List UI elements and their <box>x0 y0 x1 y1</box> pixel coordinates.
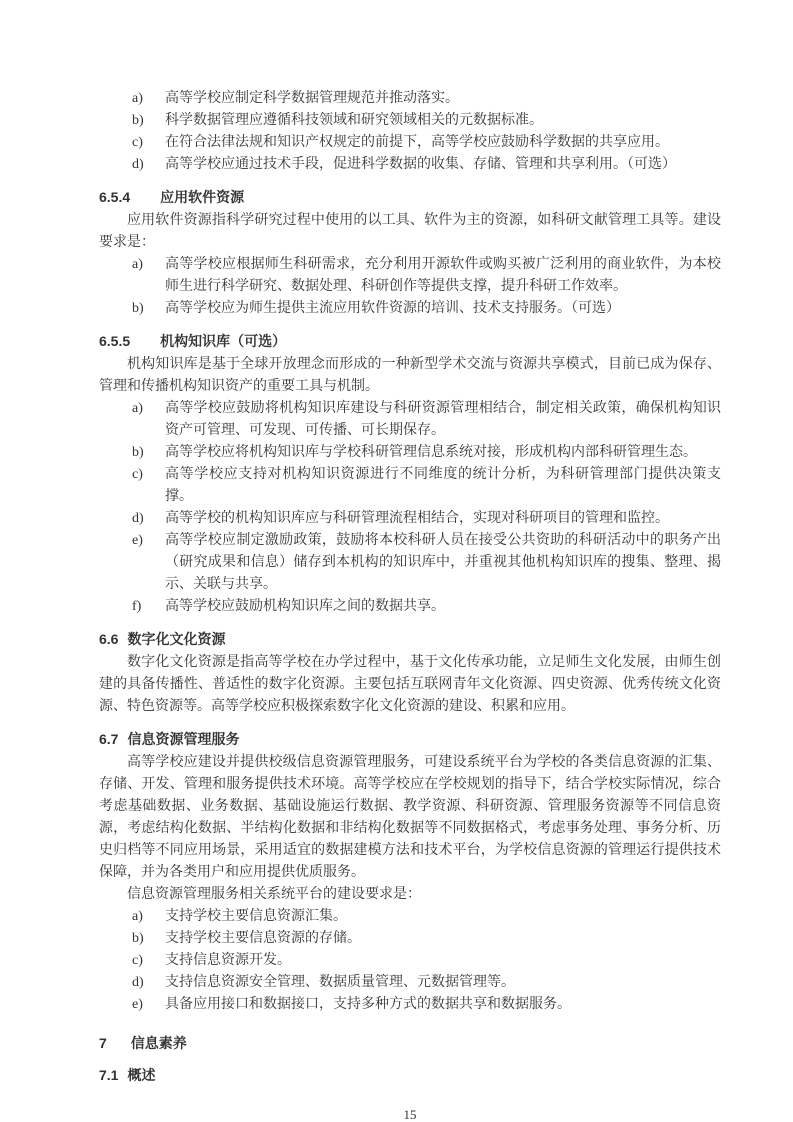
list-item-text: 高等学校应将机构知识库与学校科研管理信息系统对接，形成机构内部科研管理生态。 <box>165 442 721 464</box>
list-item-text: 高等学校应支持对机构知识资源进行不同维度的统计分析，为科研管理部门提供决策支撑。 <box>165 464 721 508</box>
paragraph: 数字化文化资源是指高等学校在办学过程中，基于文化传承功能，立足师生文化发展，由师… <box>99 652 721 718</box>
list-item-text: 高等学校应通过技术手段，促进科学数据的收集、存储、管理和共享利用。（可选） <box>165 154 721 176</box>
list-item-text: 支持信息资源安全管理、数据质量管理、元数据管理等。 <box>165 972 721 994</box>
list-item-label: d) <box>132 154 165 176</box>
list-item: a)高等学校应鼓励将机构知识库建设与科研资源管理相结合，制定相关政策，确保机构知… <box>132 398 721 442</box>
document-content: a)高等学校应制定科学数据管理规范并推动落实。b)科学数据管理应遵循科技领域和研… <box>99 88 721 1086</box>
section-title: 信息资源管理服务 <box>127 731 239 747</box>
list-item-text: 支持信息资源开发。 <box>165 950 721 972</box>
ordered-list: a)高等学校应根据师生科研需求，充分利用开源软件或购买被广泛利用的商业软件，为本… <box>99 254 721 320</box>
ordered-list: a)高等学校应制定科学数据管理规范并推动落实。b)科学数据管理应遵循科技领域和研… <box>99 88 721 176</box>
section-heading-6-7: 6.7信息资源管理服务 <box>99 728 721 750</box>
list-item: e)具备应用接口和数据接口，支持多种方式的数据共享和数据服务。 <box>132 994 721 1016</box>
list-item-text: 高等学校应根据师生科研需求，充分利用开源软件或购买被广泛利用的商业软件，为本校师… <box>165 254 721 298</box>
section-number: 6.7 <box>99 731 118 747</box>
section-title: 信息素养 <box>131 1035 187 1051</box>
section-number: 6.5.4 <box>99 189 130 205</box>
section-title: 数字化文化资源 <box>127 631 225 647</box>
ordered-list: a)高等学校应鼓励将机构知识库建设与科研资源管理相结合，制定相关政策，确保机构知… <box>99 398 721 618</box>
list-item-text: 科学数据管理应遵循科技领域和研究领域相关的元数据标准。 <box>165 110 721 132</box>
section-heading-6-5-4: 6.5.4应用软件资源 <box>99 186 721 208</box>
list-item-label: b) <box>132 110 165 132</box>
list-item: e)高等学校应制定激励政策，鼓励将本校科研人员在接受公共资助的科研活动中的职务产… <box>132 530 721 596</box>
list-item-text: 在符合法律法规和知识产权规定的前提下，高等学校应鼓励科学数据的共享应用。 <box>165 132 721 154</box>
ordered-list: a)支持学校主要信息资源汇集。b)支持学校主要信息资源的存储。c)支持信息资源开… <box>99 906 721 1016</box>
list-item-label: b) <box>132 298 165 320</box>
list-item-label: c) <box>132 950 165 972</box>
list-item-text: 支持学校主要信息资源的存储。 <box>165 928 721 950</box>
list-item: d)高等学校的机构知识库应与科研管理流程相结合，实现对科研项目的管理和监控。 <box>132 508 721 530</box>
section-heading-6-5-5: 6.5.5机构知识库（可选） <box>99 330 721 352</box>
list-item-label: c) <box>132 464 165 508</box>
list-item-label: a) <box>132 254 165 298</box>
list-item-text: 高等学校的机构知识库应与科研管理流程相结合，实现对科研项目的管理和监控。 <box>165 508 721 530</box>
list-item-text: 高等学校应鼓励机构知识库之间的数据共享。 <box>165 596 721 618</box>
paragraph: 机构知识库是基于全球开放理念而形成的一种新型学术交流与资源共享模式，目前已成为保… <box>99 354 721 398</box>
list-item-label: c) <box>132 132 165 154</box>
section-number: 7.1 <box>99 1067 118 1083</box>
list-item: d)高等学校应通过技术手段，促进科学数据的收集、存储、管理和共享利用。（可选） <box>132 154 721 176</box>
list-item-text: 高等学校应鼓励将机构知识库建设与科研资源管理相结合，制定相关政策，确保机构知识资… <box>165 398 721 442</box>
list-item-text: 高等学校应制定激励政策，鼓励将本校科研人员在接受公共资助的科研活动中的职务产出（… <box>165 530 721 596</box>
list-item-label: b) <box>132 928 165 950</box>
list-item-label: a) <box>132 906 165 928</box>
document-page: a)高等学校应制定科学数据管理规范并推动落实。b)科学数据管理应遵循科技领域和研… <box>0 0 793 1122</box>
page-footer: 15 <box>99 1104 721 1122</box>
list-item: d)支持信息资源安全管理、数据质量管理、元数据管理等。 <box>132 972 721 994</box>
paragraph: 高等学校应建设并提供校级信息资源管理服务，可建设系统平台为学校的各类信息资源的汇… <box>99 752 721 884</box>
list-item: b)科学数据管理应遵循科技领域和研究领域相关的元数据标准。 <box>132 110 721 132</box>
list-item-label: b) <box>132 442 165 464</box>
section-title: 机构知识库（可选） <box>160 333 286 349</box>
page-number: 15 <box>404 1107 417 1122</box>
list-item-label: e) <box>132 530 165 596</box>
list-item: a)支持学校主要信息资源汇集。 <box>132 906 721 928</box>
list-item-label: f) <box>132 596 165 618</box>
list-item-text: 高等学校应制定科学数据管理规范并推动落实。 <box>165 88 721 110</box>
section-heading-7-1: 7.1概述 <box>99 1064 721 1086</box>
section-heading-7: 7信息素养 <box>99 1032 721 1054</box>
list-item-text: 支持学校主要信息资源汇集。 <box>165 906 721 928</box>
list-item-label: d) <box>132 508 165 530</box>
list-item-label: d) <box>132 972 165 994</box>
section-number: 6.5.5 <box>99 333 130 349</box>
list-item: c)在符合法律法规和知识产权规定的前提下，高等学校应鼓励科学数据的共享应用。 <box>132 132 721 154</box>
section-title: 应用软件资源 <box>160 189 244 205</box>
section-number: 7 <box>99 1035 107 1051</box>
paragraph: 信息资源管理服务相关系统平台的建设要求是： <box>99 884 721 906</box>
list-item: c)高等学校应支持对机构知识资源进行不同维度的统计分析，为科研管理部门提供决策支… <box>132 464 721 508</box>
list-item-label: a) <box>132 88 165 110</box>
list-item: b)支持学校主要信息资源的存储。 <box>132 928 721 950</box>
list-item: b)高等学校应为师生提供主流应用软件资源的培训、技术支持服务。（可选） <box>132 298 721 320</box>
paragraph: 应用软件资源指科学研究过程中使用的以工具、软件为主的资源，如科研文献管理工具等。… <box>99 210 721 254</box>
list-item-label: a) <box>132 398 165 442</box>
list-item: c)支持信息资源开发。 <box>132 950 721 972</box>
list-item-text: 高等学校应为师生提供主流应用软件资源的培训、技术支持服务。（可选） <box>165 298 721 320</box>
list-item-text: 具备应用接口和数据接口，支持多种方式的数据共享和数据服务。 <box>165 994 721 1016</box>
section-heading-6-6: 6.6数字化文化资源 <box>99 628 721 650</box>
list-item-label: e) <box>132 994 165 1016</box>
list-item: f)高等学校应鼓励机构知识库之间的数据共享。 <box>132 596 721 618</box>
list-item: b)高等学校应将机构知识库与学校科研管理信息系统对接，形成机构内部科研管理生态。 <box>132 442 721 464</box>
section-title: 概述 <box>127 1067 155 1083</box>
section-number: 6.6 <box>99 631 118 647</box>
list-item: a)高等学校应根据师生科研需求，充分利用开源软件或购买被广泛利用的商业软件，为本… <box>132 254 721 298</box>
list-item: a)高等学校应制定科学数据管理规范并推动落实。 <box>132 88 721 110</box>
